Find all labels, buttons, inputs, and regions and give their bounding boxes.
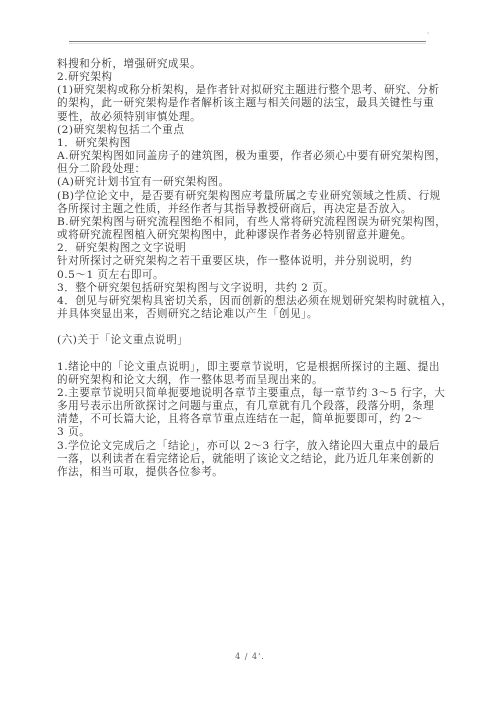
text-line: 2.主要章节说明只简单扼要地说明各章节主要重点，每一章节约 3～5 行字，大 [57,387,449,400]
document-body: 料搜和分析，增强研究成果。2.研究架构(1)研究架构或称分析架构，是作者针对拟研… [57,58,449,479]
text-line: 作法，相当可取，提供各位参考。 [57,466,449,479]
text-line: (1)研究架构或称分析架构，是作者针对拟研究主题进行整个思考、研究、分析 [57,84,449,97]
text-line: 或将研究流程图植入研究架构图中，此种谬误作者务必特别留意并避免。 [57,229,449,242]
text-line: 并具体突显出来，否则研究之结论难以产生「创见」。 [57,308,449,321]
text-line: 2.研究架构 [57,71,449,84]
header-rule-end-mark: ' [427,31,429,40]
header-rule [69,41,426,43]
text-line: 0.5～1 页左右即可。 [57,269,449,282]
text-line: 料搜和分析，增强研究成果。 [57,58,449,71]
text-line: (2)研究架构包括二个重点 [57,124,449,137]
text-line: A.研究架构图如同盖房子的建筑图，极为重要，作者必须心中要有研究架构图， [57,150,449,163]
text-line: 4．创见与研究架构具密切关系，因而创新的想法必须在规划研究架构时就植入， [57,295,449,308]
text-line: B.研究架构图与研究流程图绝不相同，有些人常将研究流程图误为研究架构图， [57,216,449,229]
text-line: 3．整个研究架包括研究架构图与文字说明，共约 2 页。 [57,282,449,295]
text-line: (B)学位论文中，是否要有研究架构图应考量所属之专业研究领域之性质、行规 [57,190,449,203]
text-line: 清楚，不可长篇大论，且将各章节重点连结在一起，简单扼要即可，约 2～ [57,413,449,426]
text-line: 针对所探讨之研究架构之若干重要区块，作一整体说明，并分别说明，约 [57,255,449,268]
text-line: 3.学位论文完成后之「结论」，亦可以 2～3 行字，放入绪论四大重点中的最后 [57,440,449,453]
text-line: 1．研究架构图 [57,137,449,150]
text-line: 3 页。 [57,426,449,439]
text-line: 2．研究架构图之文字说明 [57,242,449,255]
text-line [57,347,449,360]
text-line: 各所探讨主题之性质，并经作者与其指导教授研商后，再决定是否放入。 [57,203,449,216]
text-line: 一落，以利读者在看完绪论后，就能明了该论文之结论，此乃近几年来创新的 [57,453,449,466]
text-line: 多用号表示出所欲探讨之问题与重点，有几章就有几个段落，段落分明，条理 [57,400,449,413]
text-line: 1.绪论中的「论文重点说明」，即主要章节说明，它是根据所探讨的主题、提出 [57,361,449,374]
text-line: 要性，故必须特别审慎处理。 [57,111,449,124]
page-number: 4 / 4'. [0,652,500,661]
text-line: 但分二阶段处理： [57,163,449,176]
text-line: (六)关于「论文重点说明」 [57,334,449,347]
text-line: (A)研究计划书宜有一研究架构图。 [57,176,449,189]
text-line [57,321,449,334]
document-page: ' 料搜和分析，增强研究成果。2.研究架构(1)研究架构或称分析架构，是作者针对… [0,0,500,708]
text-line: 的架构，此一研究架构是作者解析该主题与相关问题的法宝，最具关键性与重 [57,97,449,110]
text-line: 的研究架构和论文大纲，作一整体思考而呈现出来的。 [57,374,449,387]
